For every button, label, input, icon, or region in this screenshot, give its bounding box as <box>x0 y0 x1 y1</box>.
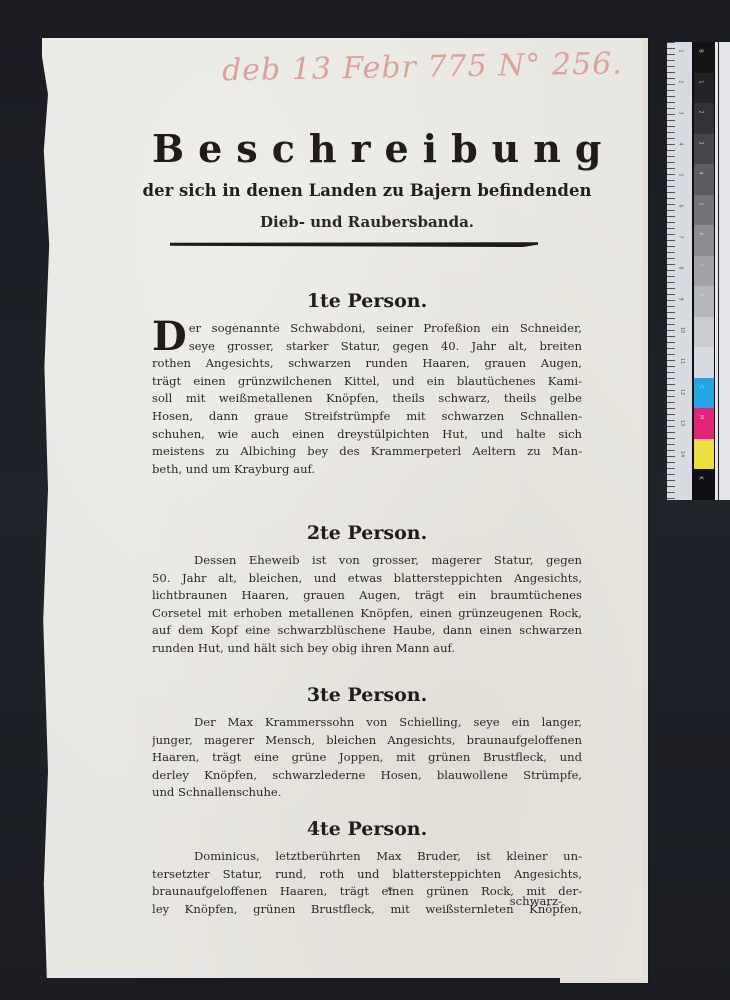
text-line: Dominicus, letztberührten Max Bruder, is… <box>152 848 582 866</box>
ruler-tick-label: 14 <box>679 451 685 457</box>
calibration-patch: 8 <box>694 286 714 317</box>
color-calibration-strip: 1234567891011121314 B12345678MCMYK <box>667 42 717 500</box>
patch-label: M <box>698 415 704 419</box>
text-line: beth, und um Krayburg auf. <box>152 461 582 479</box>
document-title: Beschreibung <box>152 126 582 171</box>
text-line: derley Knöpfen, schwarzlederne Hosen, bl… <box>152 767 582 785</box>
calibration-patch: 3 <box>694 134 714 165</box>
text-line: 50. Jahr alt, bleichen, und etwas blatte… <box>152 570 582 588</box>
calibration-patch: 1 <box>694 73 714 104</box>
patch-label: 1 <box>698 80 704 83</box>
patch-label: M <box>698 323 704 327</box>
section-person-2: 2te Person. Dessen Eheweib ist von gross… <box>152 522 582 658</box>
text-line: auf dem Kopf eine schwarzblüschene Haube… <box>152 622 582 640</box>
text-line: rothen Angesichts, schwarzen runden Haar… <box>152 355 582 373</box>
calibration-patches: B12345678MCMYK <box>694 42 714 500</box>
patch-label: C <box>698 385 704 389</box>
text-line: er sogenannte Schwabdoni, seiner Profeßi… <box>189 320 582 338</box>
ruler-tick-label: 1 <box>678 49 684 52</box>
section-body: Der Max Krammerssohn von Schielling, sey… <box>152 714 582 802</box>
section-heading: 4te Person. <box>152 818 582 840</box>
strip-divider <box>715 42 718 500</box>
calibration-patch: M <box>694 317 714 348</box>
calibration-patch <box>694 347 714 378</box>
section-heading: 1te Person. <box>152 290 582 312</box>
drop-cap: D <box>152 320 187 354</box>
ruler-tick-label: 8 <box>678 266 684 269</box>
section-body: D er sogenannte Schwabdoni, seiner Profe… <box>152 320 582 478</box>
calibration-patch: B <box>694 42 714 73</box>
ruler-tick-label: 11 <box>679 358 685 364</box>
patch-label: 4 <box>698 171 704 174</box>
section-body: Dessen Eheweib ist von grosser, magerer … <box>152 552 582 658</box>
handwritten-annotation: deb 13 Febr 775 N° 256. <box>222 47 603 89</box>
calibration-patch: 6 <box>694 225 714 256</box>
document-subtitle-2: Dieb- und Raubersbanda. <box>152 213 582 231</box>
ruler-tick-label: 3 <box>678 111 684 114</box>
text-line: junger, magerer Mensch, bleichen Angesic… <box>152 732 582 750</box>
text-line: Corsetel mit erhoben metallenen Knöpfen,… <box>152 605 582 623</box>
ruler-tick-label: 13 <box>679 420 685 426</box>
ruler-tick-label: 12 <box>679 389 685 395</box>
text-line: soll mit weißmetallenen Knöpfen, theils … <box>152 390 582 408</box>
signature-mark: * <box>387 884 393 898</box>
section-person-3: 3te Person. Der Max Krammerssohn von Sch… <box>152 684 582 802</box>
calibration-card-edge <box>719 42 730 500</box>
ruler-tick-label: 4 <box>678 142 684 145</box>
patch-label: 8 <box>698 293 704 296</box>
text-line: Haaren, trägt eine grüne Joppen, mit grü… <box>152 749 582 767</box>
text-line: runden Hut, und hält sich bey obig ihren… <box>152 640 582 658</box>
calibration-patch: 4 <box>694 164 714 195</box>
ruler-tick-label: 10 <box>679 327 685 333</box>
document-subtitle: der sich in denen Landen zu Bajern befin… <box>142 181 592 200</box>
ruler-tick-label: 6 <box>678 204 684 207</box>
text-line: seye grosser, starker Statur, gegen 40. … <box>189 338 582 356</box>
text-line: tersetzter Statur, rund, roth und blatte… <box>152 866 582 884</box>
calibration-patch: C <box>694 378 714 409</box>
text-line: lichtbraunen Haaren, grauen Augen, trägt… <box>152 587 582 605</box>
ruler-tick-label: 9 <box>678 297 684 300</box>
patch-label: 3 <box>698 141 704 144</box>
calibration-patch: M <box>694 408 714 439</box>
patch-label: Y <box>698 446 704 449</box>
ruler-tick-label: 7 <box>678 235 684 238</box>
text-line: Dessen Eheweib ist von grosser, magerer … <box>152 552 582 570</box>
ruler-tick-label: 5 <box>678 173 684 176</box>
document-page: deb 13 Febr 775 N° 256. Beschreibung der… <box>42 38 642 978</box>
calibration-patch: 7 <box>694 256 714 287</box>
calibration-patch: K <box>694 469 714 500</box>
calibration-patch: 2 <box>694 103 714 134</box>
calibration-patch: 5 <box>694 195 714 226</box>
section-person-1: 1te Person. D er sogenannte Schwabdoni, … <box>152 290 582 478</box>
section-heading: 3te Person. <box>152 684 582 706</box>
patch-label: 7 <box>698 263 704 266</box>
text-line: Hosen, dann graue Streifstrümpfe mit sch… <box>152 408 582 426</box>
text-line: trägt einen grünzwilchenen Kittel, und e… <box>152 373 582 391</box>
title-rule-divider <box>170 241 538 247</box>
section-heading: 2te Person. <box>152 522 582 544</box>
patch-label: B <box>698 49 704 52</box>
calibration-patch: Y <box>694 439 714 470</box>
text-line: meistens zu Albiching bey des Krammerpet… <box>152 443 582 461</box>
text-line: und Schnallenschuhe. <box>152 784 582 802</box>
ruler-labels: 1234567891011121314 <box>679 42 691 500</box>
text-line: Der Max Krammerssohn von Schielling, sey… <box>152 714 582 732</box>
catchword: schwarz- <box>510 894 562 908</box>
patch-label: K <box>698 476 704 479</box>
patch-label: 5 <box>698 202 704 205</box>
patch-label: 2 <box>698 110 704 113</box>
patch-label: 6 <box>698 232 704 235</box>
text-line: schuhen, wie auch einen dreystülpichten … <box>152 426 582 444</box>
ruler-tick-label: 2 <box>678 80 684 83</box>
